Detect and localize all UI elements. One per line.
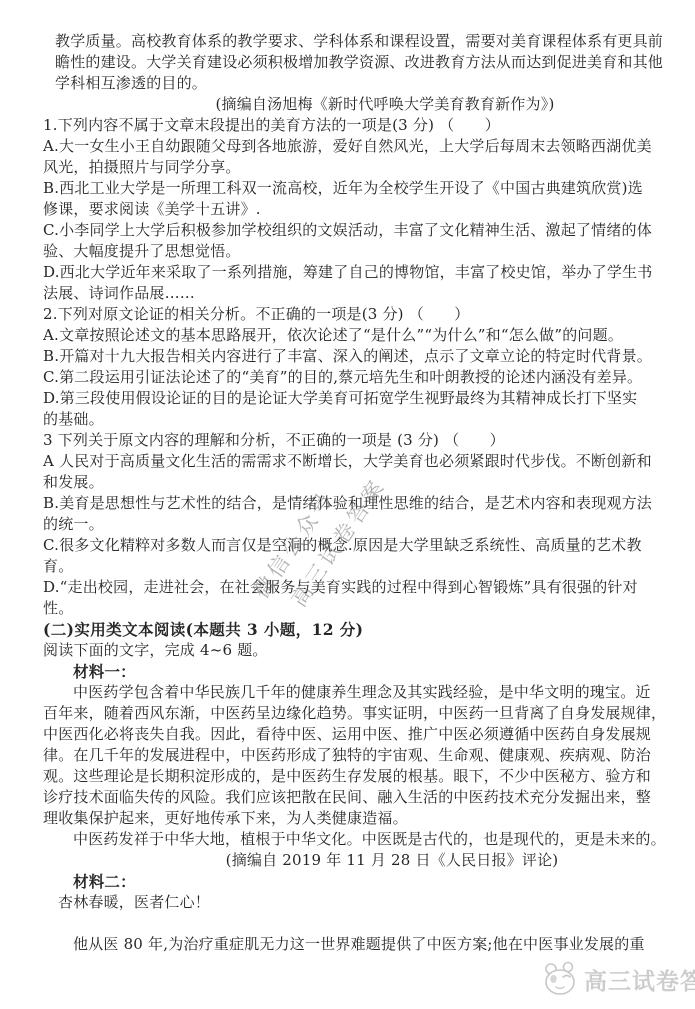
text-line: C.小李同学上大学后积极参加学校组织的文娱活动，丰富了文化精神生活、激起了情绪的… xyxy=(43,220,661,241)
text-line: 学科相互渗透的目的。 xyxy=(55,73,661,94)
text-line: B.西北工业大学是一所理工科双一流高校，近年为全校学生开设了《中国古典建筑欣赏)… xyxy=(43,178,661,199)
text-line: D.“走出校园，走进社会，在社会服务与美育实践的过程中得到心智锻炼”具有很强的针… xyxy=(43,577,661,598)
document-lines: 教学质量。高校教育体系的教学要求、学科体系和课程设置，需要对美育课程体系有更具前… xyxy=(43,31,661,955)
text-line: 中医西化必将丧失自我。因此，看待中医、运用中医、推广中医必须遵循中医药自身发展规 xyxy=(43,724,661,745)
text-line: 中医药学包含着中华民族几千年的健康养生理念及其实践经验，是中华文明的瑰宝。近 xyxy=(73,682,661,703)
text-line: (摘编自 2019 年 11 月 28 日《人民日报》评论) xyxy=(43,850,661,871)
text-line: 验、大幅度提升了思想觉悟。 xyxy=(43,241,661,262)
text-line: 中医药发祥于中华大地，植根于中华文化。中医既是古代的，也是现代的，更是未来的。 xyxy=(73,829,661,850)
text-line: (摘编自汤旭梅《新时代呼唤大学美育教育新作为》) xyxy=(43,94,661,115)
text-line: D.第三段使用假设论证的目的是论证大学美育可拓宽学生视野最终为其精神成长打下坚实 xyxy=(43,388,661,409)
text-line: (二)实用类文本阅读(本题共 3 小题，12 分) xyxy=(43,619,661,640)
panda-icon xyxy=(541,960,579,998)
text-line: 他从医 80 年,为治疗重症肌无力这一世界难题提供了中医方案;他在中医事业发展的… xyxy=(73,934,661,955)
text-line: C.第二段运用引证法论述了的“美育”的目的,蔡元培先生和叶朗教授的论述内涵没有差… xyxy=(43,367,661,388)
footer-logo-text: 高三试卷答案 xyxy=(584,963,695,996)
text-line: D.西北大学近年来采取了一系列措施，筹建了自己的博物馆，丰富了校史馆，举办了学生… xyxy=(43,262,661,283)
text-line: 教学质量。高校教育体系的教学要求、学科体系和课程设置，需要对美育课程体系有更具前 xyxy=(55,31,661,52)
text-line: 的统一。 xyxy=(43,514,661,535)
text-line: 法展、诗词作品展…… xyxy=(43,283,661,304)
text-line: B.开篇对十九大报告相关内容进行了丰富、深入的阐述，点示了文章立论的特定时代背景… xyxy=(43,346,661,367)
text-line: 性。 xyxy=(43,598,661,619)
text-line: 律。在几千年的发展进程中，中医药形成了独特的宇宙观、生命观、健康观、疾病观、防治 xyxy=(43,745,661,766)
text-line: 阅读下面的文字，完成 4~6 题。 xyxy=(43,640,661,661)
text-line: B.美育是思想性与艺术性的结合，是情绪体验和理性思维的结合，是艺术内容和表现观方… xyxy=(43,493,661,514)
text-line: 诊疗技术面临失传的风险。我们应该把散在民间、融入生活的中医药技术充分发掘出来，整 xyxy=(43,787,661,808)
text-line: 材料二： xyxy=(73,871,661,892)
text-line: 2.下列对原文论证的相关分析。不正确的一项是(3 分) （ ） xyxy=(43,304,661,325)
text-line: A 人民对于高质量文化生活的需需求不断增长，大学美育也必须紧跟时代步伐。不断创新… xyxy=(43,451,661,472)
text-line: 百年来，随着西风东渐，中医药呈边缘化趋势。事实证明，中医药一旦背离了自身发展规律… xyxy=(43,703,661,724)
text-line: 和发展。 xyxy=(43,472,661,493)
text-line: 风光，拍摄照片与同学分享。 xyxy=(43,157,661,178)
text-line: 1.下列内容不属于文章末段提出的美育方法的一项是(3 分) （ ） xyxy=(43,115,661,136)
text-line xyxy=(43,913,661,934)
text-line: 杏林春暖，医者仁心！ xyxy=(58,892,661,913)
text-line: 修课，要求阅读《美学十五讲》. xyxy=(43,199,661,220)
text-line: 3 下列关于原文内容的理解和分析，不正确的一项是 (3 分) （ ） xyxy=(43,430,661,451)
exam-paper-page: 教学质量。高校教育体系的教学要求、学科体系和课程设置，需要对美育课程体系有更具前… xyxy=(0,0,695,1009)
text-line: A.文章按照论述文的基本思路展开，依次论述了“是什么”“为什么”和“怎么做”的问… xyxy=(43,325,661,346)
text-line: C.很多文化精粹对多数人而言仅是空洞的概念.原因是大学里缺乏系统性、高质量的艺术… xyxy=(43,535,661,556)
footer-logo: 高三试卷答案 xyxy=(541,960,695,998)
text-line: 材料一： xyxy=(73,661,661,682)
text-line: 理收集保护起来，更好地传承下来，为人类健康造福。 xyxy=(43,808,661,829)
text-line: 的基础。 xyxy=(43,409,661,430)
text-line: 育。 xyxy=(43,556,661,577)
text-line: 瞻性的建设。大学关育建设必须积极增加教学资源、改进教育方法从而达到促进美育和其他 xyxy=(55,52,661,73)
text-line: A.大一女生小王自幼跟随父母到各地旅游，爱好自然风光，上大学后每周末去领略西湖优… xyxy=(43,136,661,157)
text-line: 观。这些理论是长期积淀形成的，是中医药生存发展的根基。眼下，不少中医秘方、验方和 xyxy=(43,766,661,787)
